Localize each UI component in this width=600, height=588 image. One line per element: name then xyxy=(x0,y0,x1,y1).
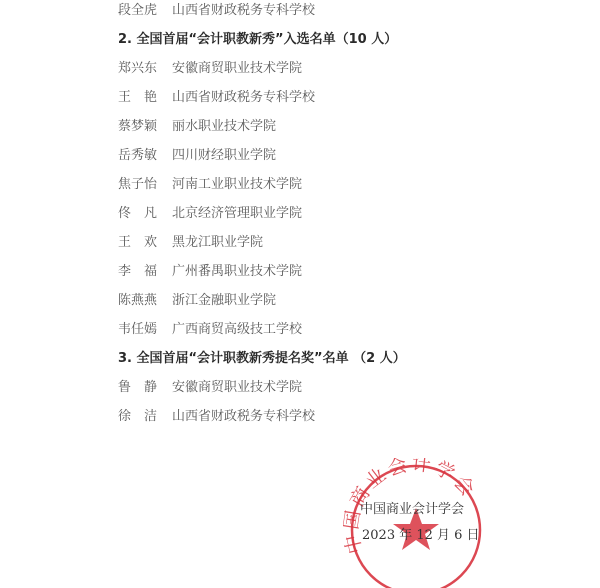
awardee-school: 山西省财政税务专科学校 xyxy=(172,1,315,21)
awardee-school: 黑龙江职业学院 xyxy=(172,233,263,253)
section-heading: 3. 全国首届“会计职教新秀提名奖”名单 （2 人） xyxy=(118,349,406,369)
seal-stamp-icon: 中国商业会计学会 xyxy=(343,458,489,588)
awardee-school: 广西商贸高级技工学校 xyxy=(172,320,302,340)
list-item: 徐 洁山西省财政税务专科学校 xyxy=(118,407,315,427)
awardee-school: 山西省财政税务专科学校 xyxy=(172,407,315,427)
official-seal: 中国商业会计学会 xyxy=(343,458,489,588)
list-item: 陈燕燕浙江金融职业学院 xyxy=(118,291,276,311)
awardee-name: 王 欢 xyxy=(118,233,168,253)
awardee-school: 河南工业职业技术学院 xyxy=(172,175,302,195)
awardee-school: 安徽商贸职业技术学院 xyxy=(172,378,302,398)
awardee-school: 广州番禺职业技术学院 xyxy=(172,262,302,282)
awardee-name: 陈燕燕 xyxy=(118,291,168,311)
section-heading: 2. 全国首届“会计职教新秀”入选名单（10 人） xyxy=(118,30,397,50)
list-item: 鲁 静安徽商贸职业技术学院 xyxy=(118,378,302,398)
awardee-school: 安徽商贸职业技术学院 xyxy=(172,59,302,79)
awardee-school: 浙江金融职业学院 xyxy=(172,291,276,311)
signature-date: 2023 年 12 月 6 日 xyxy=(362,524,480,543)
awardee-name: 佟 凡 xyxy=(118,204,168,224)
list-item: 李 福广州番禺职业技术学院 xyxy=(118,262,302,282)
awardee-name: 蔡梦颖 xyxy=(118,117,168,137)
list-item: 佟 凡北京经济管理职业学院 xyxy=(118,204,302,224)
awardee-name: 岳秀敏 xyxy=(118,146,168,166)
awardee-name: 王 艳 xyxy=(118,88,168,108)
list-item: 焦子怡河南工业职业技术学院 xyxy=(118,175,302,195)
list-item: 王 艳山西省财政税务专科学校 xyxy=(118,88,315,108)
awardee-name: 鲁 静 xyxy=(118,378,168,398)
awardee-school: 山西省财政税务专科学校 xyxy=(172,88,315,108)
awardee-name: 李 福 xyxy=(118,262,168,282)
list-item: 蔡梦颖丽水职业技术学院 xyxy=(118,117,276,137)
list-item: 郑兴东安徽商贸职业技术学院 xyxy=(118,59,302,79)
awardee-school: 四川财经职业学院 xyxy=(172,146,276,166)
list-item: 王 欢黑龙江职业学院 xyxy=(118,233,263,253)
awardee-name: 郑兴东 xyxy=(118,59,168,79)
awardee-name: 徐 洁 xyxy=(118,407,168,427)
awardee-name: 段全虎 xyxy=(118,1,168,21)
list-item: 段全虎山西省财政税务专科学校 xyxy=(118,1,315,21)
awardee-school: 丽水职业技术学院 xyxy=(172,117,276,137)
awardee-name: 焦子怡 xyxy=(118,175,168,195)
list-item: 岳秀敏四川财经职业学院 xyxy=(118,146,276,166)
list-item: 韦任嫣广西商贸高级技工学校 xyxy=(118,320,302,340)
awardee-school: 北京经济管理职业学院 xyxy=(172,204,302,224)
signature-organization: 中国商业会计学会 xyxy=(360,498,464,517)
awardee-name: 韦任嫣 xyxy=(118,320,168,340)
